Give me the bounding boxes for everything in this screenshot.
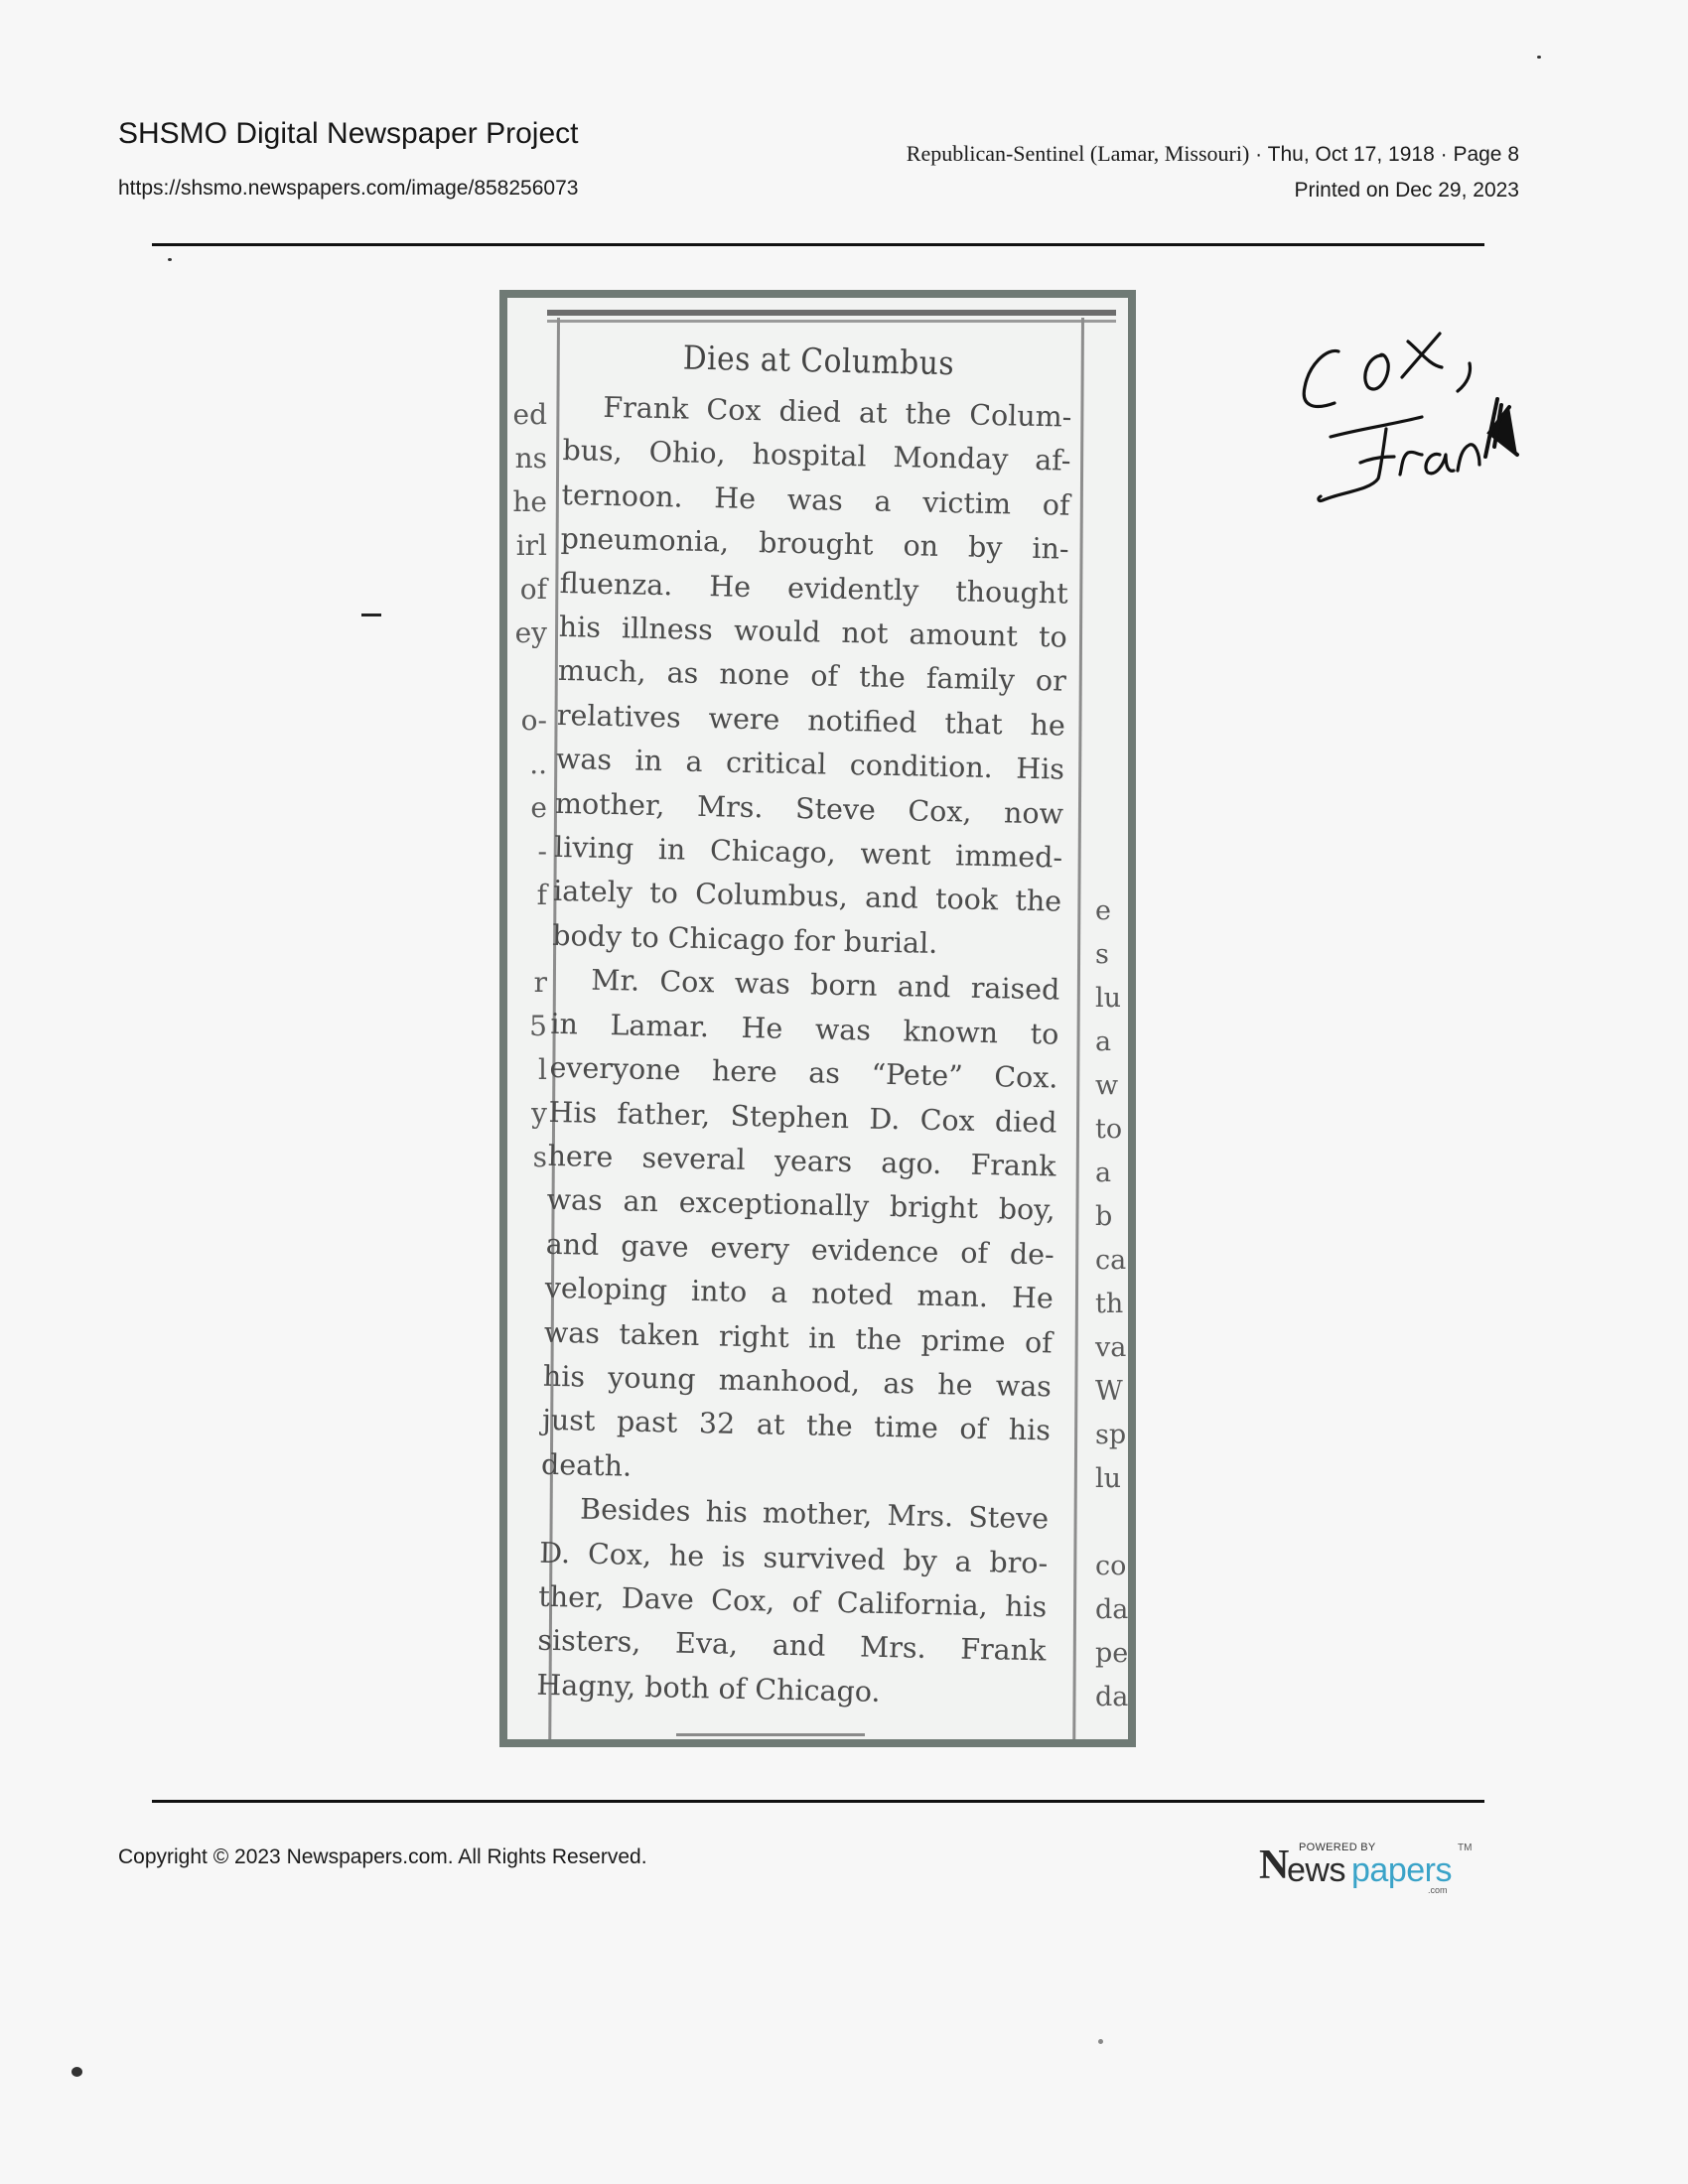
column-fragment <box>507 917 547 961</box>
column-fragment: s <box>1095 933 1128 977</box>
adjacent-column-right: esluawtoabcathvaWsplu codapeda <box>1095 889 1128 1719</box>
column-fragment: to <box>1095 1108 1128 1152</box>
newspaper-clipping: ednsheirlofey o-..e-f r5lys esluawtoabca… <box>499 290 1136 1747</box>
column-fragment: l <box>507 1048 547 1092</box>
column-fragment: a <box>1095 1021 1128 1064</box>
handwritten-note <box>1291 308 1559 506</box>
adjacent-column-left: ednsheirlofey o-..e-f r5lys <box>507 393 547 1179</box>
header-divider <box>152 243 1484 246</box>
column-fragment: o- <box>507 699 547 743</box>
footer-divider <box>152 1800 1484 1803</box>
column-fragment: of <box>507 568 547 612</box>
article-headline: Dies at Columbus <box>564 334 1073 388</box>
column-fragment: w <box>1095 1064 1128 1108</box>
column-fragment: b <box>1095 1195 1128 1239</box>
column-fragment: va <box>1095 1326 1128 1370</box>
scan-speck <box>1537 56 1541 59</box>
separator: · <box>1255 143 1262 166</box>
column-fragment: - <box>507 830 547 874</box>
column-fragment: e <box>507 786 547 830</box>
column-fragment: ca <box>1095 1239 1128 1283</box>
column-fragment: e <box>1095 889 1128 933</box>
article: Dies at Columbus Frank Cox died at the C… <box>536 334 1073 1718</box>
column-fragment: ed <box>507 393 547 437</box>
column-fragment <box>1095 1501 1128 1545</box>
page-number: Page 8 <box>1453 143 1519 166</box>
scan-speck <box>71 2067 82 2077</box>
top-rule <box>547 320 1116 323</box>
column-fragment: th <box>1095 1283 1128 1326</box>
image-url[interactable]: https://shsmo.newspapers.com/image/85825… <box>118 177 578 201</box>
column-fragment: ey <box>507 612 547 655</box>
column-fragment: co <box>1095 1545 1128 1588</box>
top-rule <box>547 310 1116 316</box>
separator: · <box>1441 143 1448 166</box>
newspapers-logo[interactable]: POWERED BY N ews papers TM .com <box>1259 1840 1517 1899</box>
column-fragment: ns <box>507 437 547 480</box>
column-rule <box>1072 318 1084 1739</box>
column-fragment: y <box>507 1092 547 1136</box>
column-fragment: pe <box>1095 1632 1128 1676</box>
logo-suffix: .com <box>1428 1885 1448 1895</box>
column-fragment: s <box>507 1136 547 1179</box>
project-title: SHSMO Digital Newspaper Project <box>118 117 579 151</box>
publication-date: Thu, Oct 17, 1918 <box>1268 143 1435 166</box>
column-fragment: da <box>1095 1588 1128 1632</box>
column-fragment: r <box>507 961 547 1005</box>
column-fragment: 5 <box>507 1005 547 1048</box>
handwriting-svg <box>1291 308 1559 506</box>
clipping-paper: ednsheirlofey o-..e-f r5lys esluawtoabca… <box>507 298 1128 1739</box>
column-fragment: da <box>1095 1676 1128 1719</box>
logo-word-accent: papers <box>1351 1853 1452 1887</box>
scan-mark <box>361 614 381 616</box>
scan-speck <box>1098 2039 1103 2044</box>
column-fragment: W <box>1095 1370 1128 1414</box>
column-fragment: irl <box>507 524 547 568</box>
column-fragment: a <box>1095 1152 1128 1195</box>
column-fragment: .. <box>507 743 547 786</box>
column-fragment: f <box>507 874 547 917</box>
logo-trademark: TM <box>1458 1843 1472 1853</box>
column-fragment <box>507 655 547 699</box>
column-fragment: lu <box>1095 977 1128 1021</box>
scan-speck <box>168 258 172 261</box>
logo-word-dark: ews <box>1287 1853 1345 1887</box>
printed-date: Printed on Dec 29, 2023 <box>1295 179 1520 203</box>
column-fragment: lu <box>1095 1457 1128 1501</box>
column-fragment: sp <box>1095 1414 1128 1457</box>
column-fragment: he <box>507 480 547 524</box>
logo-initial: N <box>1259 1845 1289 1885</box>
publication-info: Republican-Sentinel (Lamar, Missouri) · … <box>907 141 1519 167</box>
end-rule <box>676 1733 865 1736</box>
article-body: Frank Cox died at the Colum-bus, Ohio, h… <box>536 385 1072 1718</box>
copyright-notice: Copyright © 2023 Newspapers.com. All Rig… <box>118 1845 647 1869</box>
publication-name: Republican-Sentinel (Lamar, Missouri) <box>907 141 1250 166</box>
